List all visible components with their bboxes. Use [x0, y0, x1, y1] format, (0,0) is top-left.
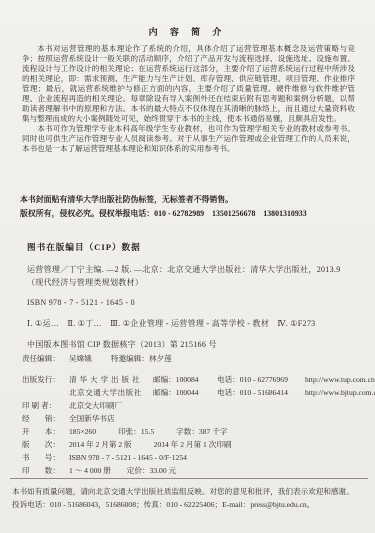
url-tup: http://www.tup.com.cn — [305, 373, 375, 386]
anti-counterfeit-line: 本书封面贴有清华大学出版社防伪标签，无标签者不得销售。 — [20, 193, 361, 207]
book-number-value: ISBN 978 - 7 - 5121 - 1645 - 0/F·1254 — [69, 451, 187, 464]
url-bjtup: http://www.bjtup.com.cn — [305, 386, 375, 399]
quality-notice-line: 本书如有质量问题，请向北京交通大学出版社质监组反映。对您的意见和批评，我们表示欢… — [12, 485, 367, 498]
format-words: 字数：387 千字 — [176, 425, 227, 438]
intro-body: 本书对运营管理的基本理论作了系统的介绍，具体介绍了运营管理基本概念及运营策略与竞… — [22, 44, 355, 154]
footer-notice: 本书如有质量问题，请向北京交通大学出版社质监组反映。对您的意见和批评，我们表示欢… — [12, 485, 367, 511]
copyright-page: 内 容 简 介 本书对运营管理的基本理论作了系统的介绍，具体介绍了运营管理基本概… — [0, 0, 375, 533]
book-number-label: 书 号： — [22, 451, 69, 464]
price-value: 定价：33.00 元 — [127, 464, 176, 477]
cip-isbn-line: ISBN 978 - 7 - 5121 - 1645 - 0 — [27, 296, 363, 309]
distributor-name: 全国新华书店 — [69, 412, 115, 425]
edition-label: 版 次： — [22, 438, 69, 451]
cip-series-line: （现代经济与管理类规划教材） — [27, 276, 363, 289]
publisher-name-bjtup: 北京交通大学出版社 — [69, 386, 153, 399]
cip-record-line: 中国版本图书馆 CIP 数据核字（2013）第 215166 号 — [27, 338, 363, 351]
book-number-row: 书 号： ISBN 978 - 7 - 5121 - 1645 - 0/F·12… — [22, 451, 367, 464]
intro-paragraph-1: 本书对运营管理的基本理论作了系统的介绍，具体介绍了运营管理基本概念及运营策略与竞… — [22, 44, 355, 124]
intro-paragraph-2: 本书可作为管理学专业本科高年级学生专业教材，也可作为管理学相关专业的教材或参考书… — [22, 124, 355, 154]
edition-value: 2014 年 2 月第 2 版 — [69, 438, 132, 451]
publisher-label: 出版发行： — [22, 373, 69, 386]
publisher-row-bjtup: 北京交通大学出版社 邮编：100044 电话：010 - 51686414 ht… — [22, 386, 367, 399]
cip-heading: 图书在版编目（CIP）数据 — [27, 241, 363, 254]
cip-section: 图书在版编目（CIP）数据 运营管理／丁宁主编. —2 版. —北京：北京交通大… — [27, 241, 363, 351]
contact-line: 投诉电话：010 - 51686043，51686008；传真：010 - 62… — [12, 498, 367, 511]
guest-editor-label: 特邀编辑： — [111, 352, 149, 365]
distributor-label: 经 销： — [22, 412, 69, 425]
copyright-hotline-line: 版权所有，侵权必究。侵权举报电话：010 - 62782989 13501256… — [20, 207, 361, 221]
print-run-row: 印 数： 1 ～ 4 000 册 定价：33.00 元 — [22, 464, 367, 477]
printer-label: 印 刷 者： — [22, 399, 69, 412]
cip-classification-line: Ⅰ. ①运… Ⅱ. ①丁… Ⅲ. ①企业管理 - 运营管理 - 高等学校 - 教… — [27, 317, 363, 330]
format-sheets: 印张：15.5 — [118, 425, 154, 438]
print-run-value: 1 ～ 4 000 册 — [69, 464, 111, 477]
cip-title-line: 运营管理／丁宁主编. —2 版. —北京：北京交通大学出版社：清华大学出版社，2… — [27, 263, 363, 276]
phone-bjtup: 电话：010 - 51686414 — [217, 386, 305, 399]
editor-name: 吴嫦娥 — [69, 352, 111, 365]
intro-title: 内 容 简 介 — [0, 25, 375, 38]
divider-rule — [10, 478, 368, 479]
guest-editor-name: 林夕莲 — [149, 352, 172, 365]
postcode-bjtup: 邮编：100044 — [153, 386, 217, 399]
printer-name: 北京交大印刷厂 — [69, 399, 122, 412]
editor-row: 责任编辑： 吴嫦娥 特邀编辑： 林夕莲 — [22, 352, 367, 365]
printing-value: 2014 年 2 月第 1 次印刷 — [154, 438, 232, 451]
format-row: 开 本： 185×260 印张：15.5 字数：387 千字 — [22, 425, 367, 438]
editor-label: 责任编辑： — [22, 352, 69, 365]
publisher-row-tup: 出版发行： 清 华 大 学 出 版 社 邮编：100084 电话：010 - 6… — [22, 373, 367, 386]
distributor-row: 经 销： 全国新华书店 — [22, 412, 367, 425]
publisher-name-tup: 清 华 大 学 出 版 社 — [69, 373, 153, 386]
publisher-label-spacer — [22, 386, 69, 399]
format-size: 185×260 — [69, 425, 96, 438]
postcode-tup: 邮编：100084 — [153, 373, 217, 386]
printer-row: 印 刷 者： 北京交大印刷厂 — [22, 399, 367, 412]
format-label: 开 本： — [22, 425, 69, 438]
print-run-label: 印 数： — [22, 464, 69, 477]
phone-tup: 电话：010 - 62776969 — [217, 373, 305, 386]
anti-counterfeit-notice: 本书封面贴有清华大学出版社防伪标签，无标签者不得销售。 版权所有，侵权必究。侵权… — [20, 193, 361, 220]
colophon: 责任编辑： 吴嫦娥 特邀编辑： 林夕莲 出版发行： 清 华 大 学 出 版 社 … — [22, 352, 367, 477]
edition-row: 版 次： 2014 年 2 月第 2 版 2014 年 2 月第 1 次印刷 — [22, 438, 367, 451]
